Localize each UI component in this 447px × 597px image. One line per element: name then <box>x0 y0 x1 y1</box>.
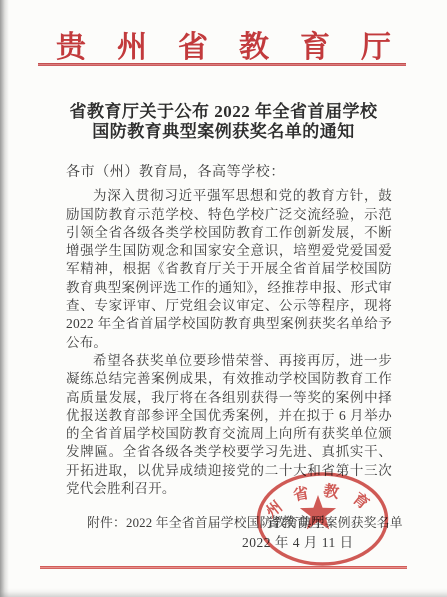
body-paragraph-2: 希望各获奖单位要珍惜荣誉、再接再厉，进一步凝练总结完善案例成果，有效推动学校国防… <box>66 352 392 498</box>
document-body: 各市（州）教育局，各高等学校： 为深入贯彻习近平强军思想和党的教育方针，鼓励国防… <box>66 164 392 533</box>
letterhead-rule <box>38 63 406 66</box>
document-title-line2: 国防教育典型案例获奖名单的通知 <box>0 122 447 142</box>
footer-rule <box>40 566 407 569</box>
attachment-line: 附件：2022 年全省首届学校国防教育典型案例获奖名单 <box>66 514 392 532</box>
salutation: 各市（州）教育局，各高等学校： <box>66 164 392 182</box>
document-title: 省教育厅关于公布 2022 年全省首届学校 国防教育典型案例获奖名单的通知 <box>0 102 447 141</box>
scan-shadow-left <box>0 0 9 597</box>
scan-shadow-bottom <box>0 588 447 597</box>
signer-name: 省教育厅 <box>267 511 325 531</box>
body-paragraph-1: 为深入贯彻习近平强军思想和党的教育方针，鼓励国防教育示范学校、特色学校广泛交流经… <box>66 187 392 352</box>
letterhead-org-name: 贵州省教育厅 <box>0 22 447 66</box>
document-page: 贵州省教育厅 省教育厅关于公布 2022 年全省首届学校 国防教育典型案例获奖名… <box>0 0 447 597</box>
document-title-line1: 省教育厅关于公布 2022 年全省首届学校 <box>0 102 447 122</box>
signature-date: 2022 年 4 月 11 日 <box>242 531 354 551</box>
